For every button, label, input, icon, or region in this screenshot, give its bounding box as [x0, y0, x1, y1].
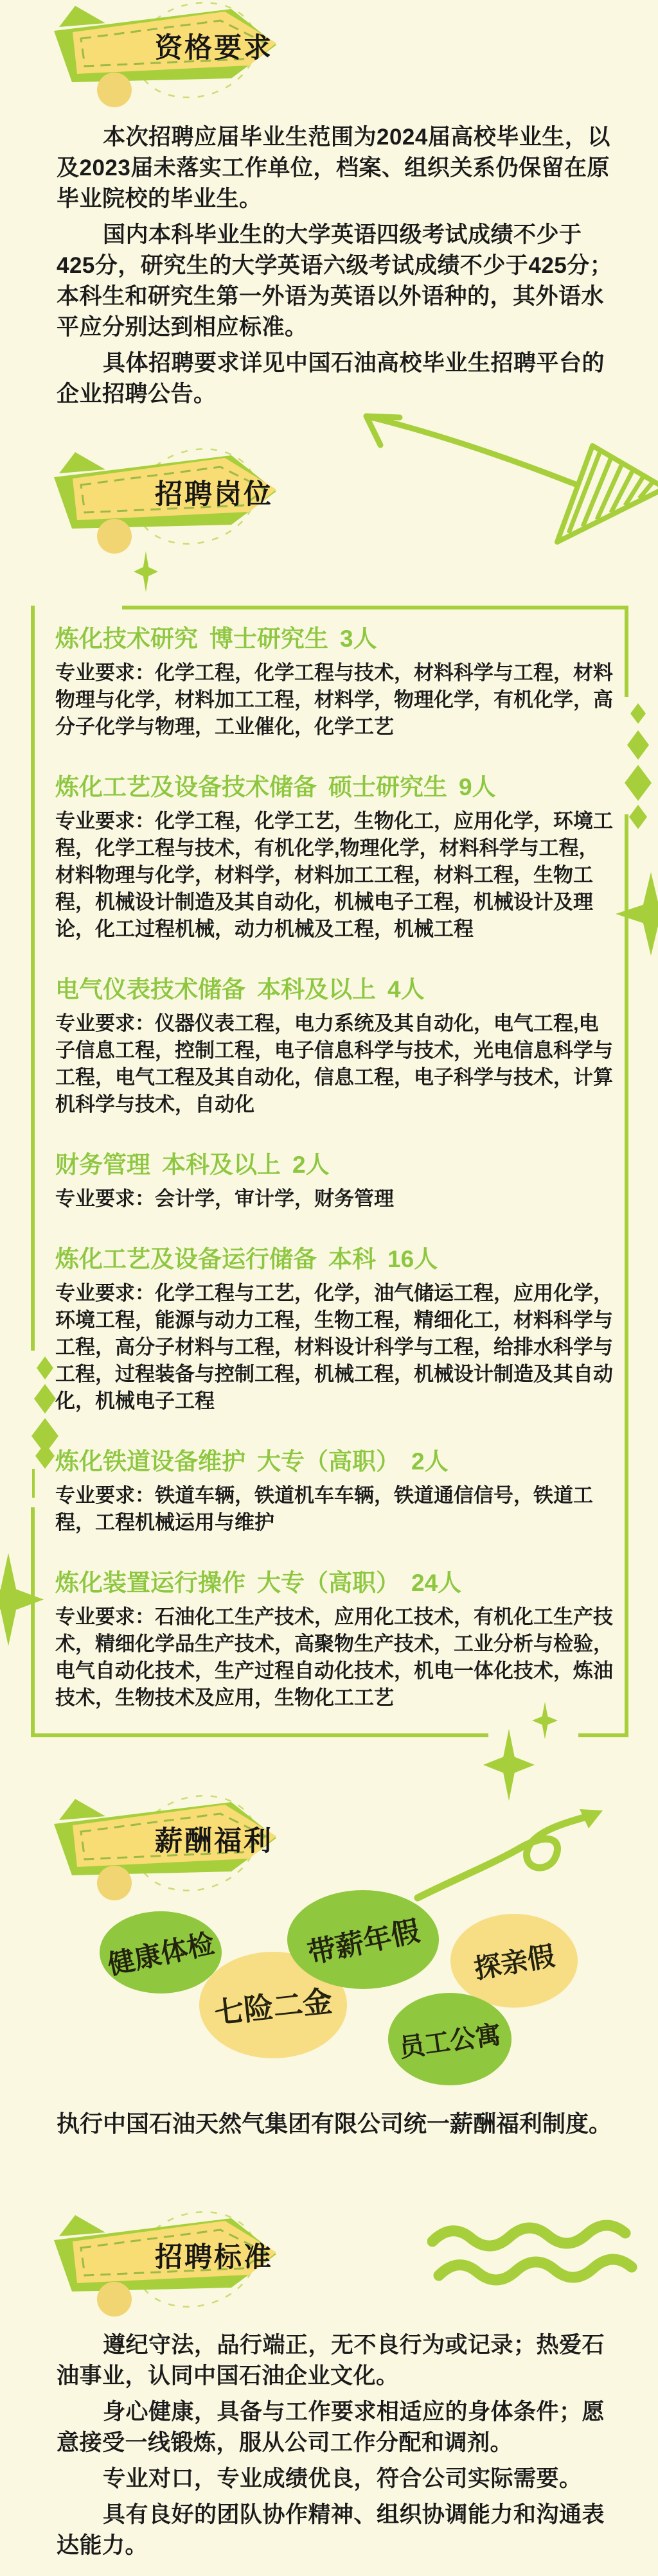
job-item: 电气仪表技术储备本科及以上4人 专业要求：仪器仪表工程，电力系统及其自动化，电气… [55, 975, 618, 1118]
job-item: 炼化装置运行操作大专（高职）24人 专业要求：石油化工生产技术，应用化工技术，有… [55, 1568, 618, 1712]
majors-label: 专业要求： [55, 662, 155, 684]
job-name: 炼化工艺及设备运行储备 [55, 1246, 317, 1272]
job-title: 炼化工艺及设备运行储备本科16人 [55, 1245, 618, 1274]
job-title: 炼化技术研究博士研究生3人 [55, 624, 618, 654]
job-education: 博士研究生 [209, 626, 328, 652]
job-majors: 专业要求：化学工程，化学工艺，生物化工，应用化学，环境工程，化学工程与技术，有机… [55, 808, 618, 943]
banner-standards: 招聘标准 [50, 2209, 281, 2318]
majors-label: 专业要求： [55, 1282, 155, 1304]
job-list: 炼化技术研究博士研究生3人 专业要求：化学工程，化学工程与技术，材料科学与工程，… [55, 624, 618, 1712]
job-item: 炼化技术研究博士研究生3人 专业要求：化学工程，化学工程与技术，材料科学与工程，… [55, 624, 618, 740]
job-count: 9人 [459, 774, 496, 800]
benefit-label: 员工公寓 [396, 2014, 503, 2065]
benefit-bubble: 探亲假 [450, 1914, 578, 2008]
job-name: 炼化工艺及设备技术储备 [55, 774, 317, 800]
job-title: 财务管理本科及以上2人 [55, 1150, 618, 1180]
job-name: 炼化铁道设备维护 [55, 1448, 245, 1475]
job-name: 炼化装置运行操作 [55, 1570, 245, 1596]
job-education: 本科 [328, 1246, 376, 1272]
recruitment-poster: 资格要求 本次招聘应届毕业生范围为2024届高校毕业生，以及2023届未落实工作… [0, 0, 658, 2576]
majors-value: 会计学，审计学，财务管理 [155, 1187, 394, 1210]
standards-text: 遵纪守法，品行端正，无不良行为或记录；热爱石油事业，认同中国石油企业文化。 身心… [57, 2330, 616, 2566]
job-item: 炼化铁道设备维护大专（高职）2人 专业要求：铁道车辆，铁道机车车辆，铁道通信信号… [55, 1447, 618, 1536]
job-majors: 专业要求：仪器仪表工程，电力系统及其自动化，电气工程,电子信息工程，控制工程，电… [55, 1010, 618, 1118]
standards-paragraph: 具有良好的团队协作精神、组织协调能力和沟通表达能力。 [57, 2500, 616, 2561]
job-education: 硕士研究生 [328, 774, 447, 800]
qualifications-text: 本次招聘应届毕业生范围为2024届高校毕业生，以及2023届未落实工作单位，档案… [57, 122, 616, 415]
standards-paragraph: 遵纪守法，品行端正，无不良行为或记录；热爱石油事业，认同中国石油企业文化。 [57, 2330, 616, 2392]
job-title: 电气仪表技术储备本科及以上4人 [55, 975, 618, 1004]
sparkle-icon [134, 551, 158, 592]
job-title: 炼化工艺及设备技术储备硕士研究生9人 [55, 773, 618, 802]
majors-label: 专业要求： [55, 1012, 155, 1035]
diamond-icon [627, 730, 649, 760]
job-count: 3人 [340, 626, 377, 652]
job-majors: 专业要求：化学工程，化学工程与技术，材料科学与工程，材料物理与化学，材料加工工程… [55, 660, 618, 740]
job-name: 炼化技术研究 [55, 626, 198, 652]
curly-arrow-icon [398, 1795, 617, 1911]
benefit-label: 带薪年假 [303, 1907, 422, 1971]
sparkle-icon [616, 872, 658, 956]
majors-label: 专业要求： [55, 810, 155, 832]
job-count: 2人 [292, 1152, 330, 1178]
box-border-top [122, 606, 627, 609]
standards-paragraph: 专业对口，专业成绩优良，符合公司实际需要。 [57, 2464, 616, 2494]
job-majors: 专业要求：石油化工生产技术，应用化工技术，有机化工生产技术，精细化学品生产技术，… [55, 1604, 618, 1712]
section-title-standards: 招聘标准 [153, 2235, 275, 2275]
banner-benefits: 薪酬福利 [50, 1793, 281, 1902]
benefit-label: 健康体检 [104, 1922, 218, 1983]
benefit-bubble: 健康体检 [100, 1911, 222, 1993]
benefits-note: 执行中国石油天然气集团有限公司统一薪酬福利制度。 [57, 2108, 635, 2140]
box-border-bottom [31, 1733, 488, 1737]
job-majors: 专业要求：化学工程与工艺，化学，油气储运工程，应用化学，环境工程，能源与动力工程… [55, 1280, 618, 1415]
benefit-label: 探亲假 [471, 1935, 558, 1987]
qualifications-paragraph: 具体招聘要求详见中国石油高校毕业生招聘平台的企业招聘公告。 [57, 348, 616, 410]
cone-hatch-icon [549, 437, 658, 549]
job-name: 财务管理 [55, 1152, 150, 1178]
job-majors: 专业要求：铁道车辆，铁道机车车辆，铁道通信信号，铁道工程，工程机械运用与维护 [55, 1482, 618, 1536]
squiggle-lines-icon [427, 2219, 639, 2293]
job-education: 大专（高职） [257, 1448, 400, 1475]
job-education: 本科及以上 [257, 976, 376, 1003]
box-border-right [625, 606, 628, 697]
box-border-bottom [578, 1733, 628, 1737]
job-item: 财务管理本科及以上2人 专业要求：会计学，审计学，财务管理 [55, 1150, 618, 1213]
diamond-icon [630, 703, 646, 724]
qualifications-paragraph: 国内本科毕业生的大学英语四级考试成绩不少于425分，研究生的大学英语六级考试成绩… [57, 220, 616, 343]
section-title-qualifications: 资格要求 [153, 26, 275, 66]
job-item: 炼化工艺及设备技术储备硕士研究生9人 专业要求：化学工程，化学工艺，生物化工，应… [55, 773, 618, 943]
benefit-label: 七险二金 [212, 1978, 334, 2033]
job-count: 4人 [387, 976, 425, 1003]
job-name: 电气仪表技术储备 [55, 976, 245, 1003]
diamond-icon [34, 1384, 56, 1414]
diamond-icon [625, 765, 652, 801]
majors-label: 专业要求： [55, 1606, 155, 1628]
job-title: 炼化铁道设备维护大专（高职）2人 [55, 1447, 618, 1476]
qualifications-paragraph: 本次招聘应届毕业生范围为2024届高校毕业生，以及2023届未落实工作单位，档案… [57, 122, 616, 215]
benefit-bubble: 带薪年假 [287, 1890, 439, 1989]
diamond-icon [35, 1443, 55, 1469]
section-title-benefits: 薪酬福利 [153, 1819, 275, 1859]
box-border-left [31, 606, 35, 1351]
job-count: 16人 [387, 1246, 438, 1272]
job-majors: 专业要求：会计学，审计学，财务管理 [55, 1186, 618, 1213]
banner-qualifications: 资格要求 [50, 0, 281, 109]
job-item: 炼化工艺及设备运行储备本科16人 专业要求：化学工程与工艺，化学，油气储运工程，… [55, 1245, 618, 1415]
standards-paragraph: 身心健康，具备与工作要求相适应的身体条件；愿意接受一线锻炼，服从公司工作分配和调… [57, 2397, 616, 2458]
job-count: 24人 [411, 1570, 461, 1596]
box-border-right [625, 814, 628, 1737]
job-title: 炼化装置运行操作大专（高职）24人 [55, 1568, 618, 1598]
diamond-icon [37, 1356, 53, 1380]
box-border-left-dash [32, 1469, 35, 1498]
banner-positions: 招聘岗位 [50, 446, 281, 556]
benefit-bubble: 员工公寓 [388, 1993, 511, 2085]
majors-label: 专业要求： [55, 1484, 155, 1507]
box-border-left [31, 1507, 35, 1737]
diamond-icon [629, 805, 647, 829]
sparkle-icon [483, 1729, 535, 1801]
section-title-positions: 招聘岗位 [153, 472, 275, 512]
job-count: 2人 [411, 1448, 449, 1475]
job-education: 大专（高职） [257, 1570, 400, 1596]
sparkle-icon [0, 1553, 44, 1646]
job-education: 本科及以上 [162, 1152, 281, 1178]
majors-label: 专业要求： [55, 1187, 155, 1210]
